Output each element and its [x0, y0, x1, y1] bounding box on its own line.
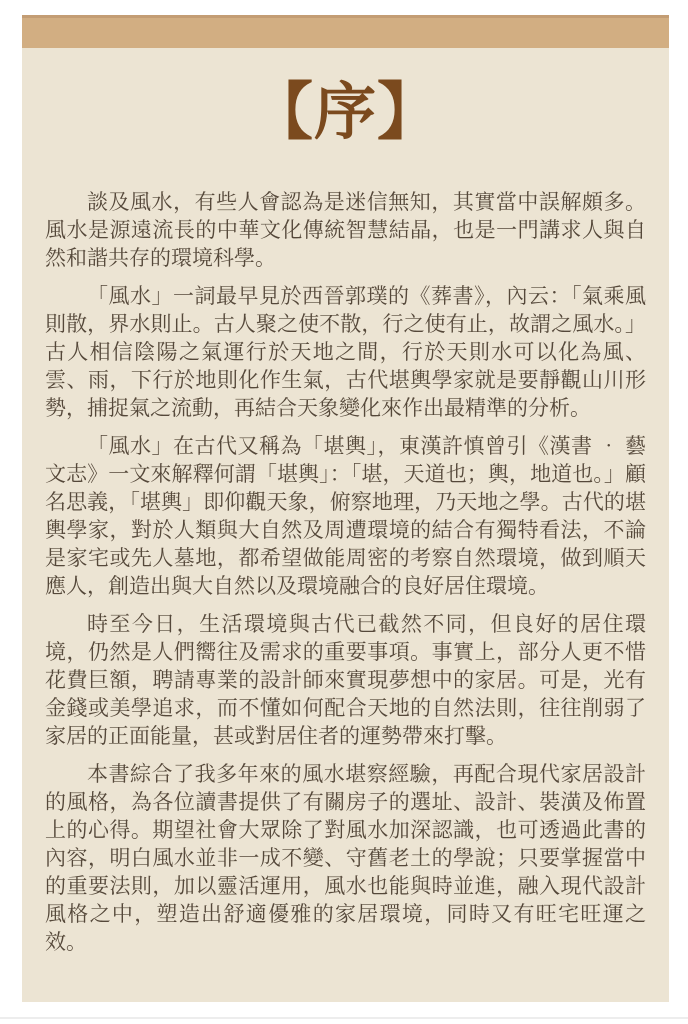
- decorative-top-band: [22, 15, 669, 48]
- body-paragraph: 談及風水，有些人會認為是迷信無知，其實當中誤解頗多。風水是源遠流長的中華文化傳統…: [45, 188, 646, 272]
- body-paragraph: 本書綜合了我多年來的風水堪察經驗，再配合現代家居設計的風格，為各位讀書提供了有關…: [45, 760, 646, 956]
- book-page: 【序】 談及風水，有些人會認為是迷信無知，其實當中誤解頗多。風水是源遠流長的中華…: [22, 15, 669, 1002]
- preface-body: 談及風水，有些人會認為是迷信無知，其實當中誤解頗多。風水是源遠流長的中華文化傳統…: [22, 188, 669, 956]
- body-paragraph: 「風水」一詞最早見於西晉郭璞的《葬書》，內云：「氣乘風則散，界水則止。古人聚之使…: [45, 282, 646, 422]
- body-paragraph: 時至今日，生活環境與古代已截然不同，但良好的居住環境，仍然是人們嚮往及需求的重要…: [45, 610, 646, 750]
- page-title: 【序】: [22, 78, 669, 148]
- body-paragraph: 「風水」在古代又稱為「堪輿」，東漢許慎曾引《漢書 ‧ 藝文志》一文來解釋何謂「堪…: [45, 432, 646, 600]
- bottom-divider: [0, 1017, 688, 1019]
